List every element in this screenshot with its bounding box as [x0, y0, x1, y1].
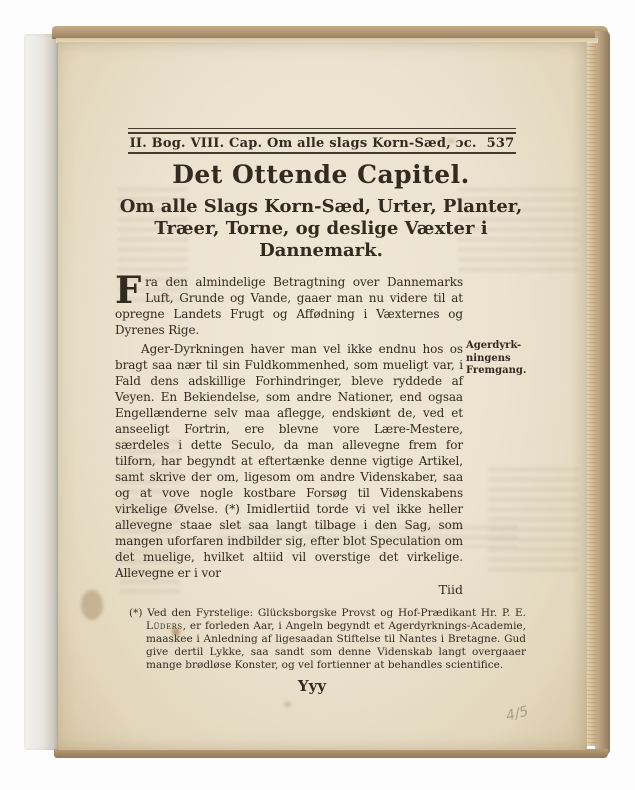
running-header-title: II. Bog. VIII. Cap. Om alle slags Korn-S…	[130, 136, 477, 151]
foxing-stain	[81, 590, 103, 620]
footnote: (*) Ved den Fyrstelige: Glücksborgske Pr…	[129, 607, 526, 672]
drop-cap-initial: F	[115, 274, 145, 305]
margin-note-line: Fremgang.	[466, 365, 530, 378]
footnote-text-after: , er forleden Aar, i Angeln begyndt et A…	[146, 620, 526, 671]
antique-book: II. Bog. VIII. Cap. Om alle slags Korn-S…	[24, 26, 610, 758]
footnote-marker: (*)	[129, 607, 142, 619]
page-number: 537	[487, 136, 515, 151]
margin-note: Agerdyrk- ningens Fremgang.	[466, 340, 530, 378]
footnote-text-before: Ved den Fyrstelige: Glücksborgske Provst…	[147, 607, 526, 619]
page-block-fore-edge	[587, 38, 596, 746]
foxing-stain	[284, 702, 291, 707]
chapter-subtitle-line: Dannemark.	[115, 240, 527, 262]
chapter-title: Det Ottende Capitel.	[115, 160, 527, 189]
book-cover-edge-left	[24, 34, 58, 750]
paragraph-text: ra den almindelige Betragtning over Dann…	[115, 275, 463, 337]
chapter-subtitle-line: Træer, Torne, og deslige Væxter i	[115, 218, 527, 240]
photo-background: II. Bog. VIII. Cap. Om alle slags Korn-S…	[0, 0, 635, 790]
book-cover-edge-bottom	[54, 749, 608, 758]
header-rule-bottom	[128, 152, 516, 154]
running-header-text: II. Bog. VIII. Cap. Om alle slags Korn-S…	[128, 134, 516, 152]
chapter-subtitle: Om alle Slags Korn-Sæd, Urter, Planter, …	[115, 196, 527, 262]
running-header: II. Bog. VIII. Cap. Om alle slags Korn-S…	[128, 128, 516, 154]
book-cover-edge-right	[595, 31, 610, 755]
paragraph-agriculture: Ager-Dyrkningen haver man vel ikke endnu…	[115, 341, 463, 581]
text-column: Det Ottende Capitel. Om alle Slags Korn-…	[115, 160, 527, 695]
margin-note-line: Agerdyrk-	[466, 340, 530, 353]
pencil-annotation: 4/5	[504, 704, 530, 725]
header-rule-thin	[128, 128, 516, 129]
signature-mark: Yyy	[115, 677, 509, 695]
margin-note-line: ningens	[466, 353, 530, 366]
paragraph-opening: Fra den almindelige Betragtning over Dan…	[115, 274, 463, 338]
chapter-subtitle-line: Om alle Slags Korn-Sæd, Urter, Planter,	[115, 196, 527, 218]
footnote-author-name: Lüders	[146, 620, 183, 632]
catchword: Tiid	[115, 582, 463, 597]
book-page: II. Bog. VIII. Cap. Om alle slags Korn-S…	[58, 42, 587, 750]
